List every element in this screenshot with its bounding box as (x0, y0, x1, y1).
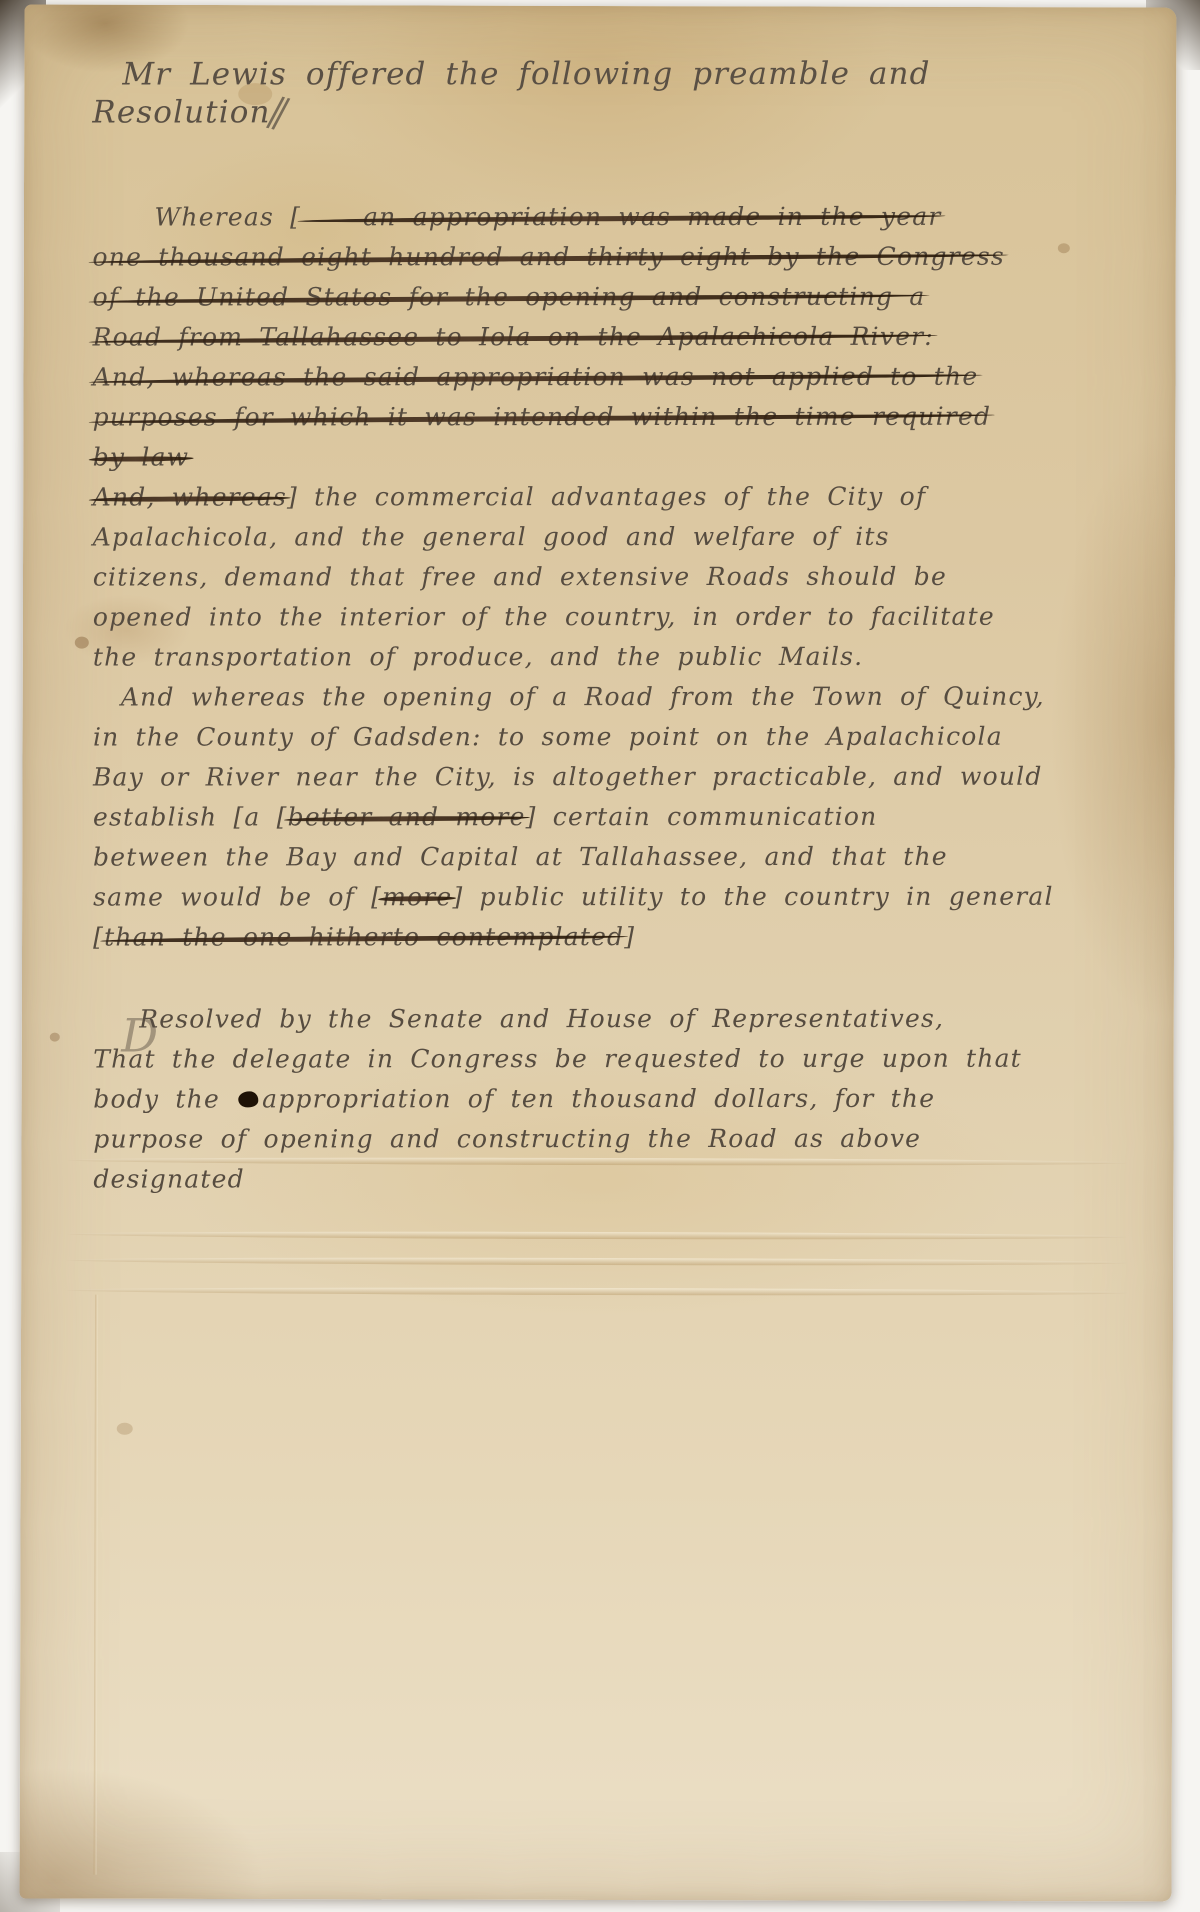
text-line: [than the one hitherto contemplated] (93, 917, 1163, 958)
text-line: Road from Tallahassee to Iola on the Apa… (93, 317, 1163, 358)
handwritten-text: ] the commercial advantages of the City … (287, 482, 926, 512)
handwritten-text: between the Bay and Capital at Tallahass… (93, 842, 948, 872)
text-line: by law (93, 437, 1163, 478)
manuscript-text: Mr Lewis offered the following preamble … (92, 56, 1163, 1200)
handwritten-text: Resolved by the Senate and House of Repr… (139, 1004, 944, 1034)
fold-crease (67, 1257, 1127, 1267)
text-line: That the delegate in Congress be request… (93, 1039, 1163, 1080)
vertical-crease (94, 1295, 99, 1875)
text-line: Whereas [an appropriation was made in th… (92, 197, 1162, 238)
text-line: establish [a [better and more] certain c… (93, 797, 1163, 838)
struck-text: Road from Tallahassee to Iola on the Apa… (93, 317, 934, 358)
struck-text: of the United States for the opening and… (93, 277, 926, 318)
handwritten-text: Bay or River near the City, is altogethe… (93, 762, 1043, 792)
stain-spot (117, 1423, 133, 1435)
text-line: Mr Lewis offered the following preamble … (92, 56, 1162, 94)
paragraph: Resolved by the Senate and House of Repr… (93, 999, 1163, 1200)
handwritten-text: establish [a [ (93, 802, 288, 831)
text-line: And, whereas the said appropriation was … (93, 357, 1163, 398)
text-line: citizens, demand that free and extensive… (93, 557, 1163, 598)
struck-text: an appropriation was made in the year (301, 197, 941, 238)
struck-text: than the one hitherto contemplated (104, 917, 624, 957)
handwritten-text: designated (93, 1164, 245, 1193)
manuscript-paper: Mr Lewis offered the following preamble … (20, 4, 1177, 1901)
ink-blot (238, 1091, 258, 1107)
struck-text: better and more (288, 797, 526, 837)
handwritten-text: in the County of Gadsden: to some point … (93, 722, 1003, 752)
handwritten-text: appropriation of ten thousand dollars, f… (262, 1084, 935, 1114)
struck-text: purposes for which it was intended withi… (93, 397, 992, 438)
text-line: Resolution ‖ (92, 93, 1162, 132)
text-line: Bay or River near the City, is altogethe… (93, 757, 1163, 798)
struck-text: And, whereas (93, 477, 287, 517)
handwritten-text: That the delegate in Congress be request… (93, 1044, 1022, 1074)
struck-text: And, whereas the said appropriation was … (93, 357, 979, 398)
handwritten-text: [ (93, 923, 104, 952)
handwritten-text: Whereas [ (154, 202, 301, 231)
fold-crease (67, 1287, 1127, 1297)
struck-text: by law (93, 437, 190, 477)
text-line: the transportation of produce, and the p… (93, 637, 1163, 678)
handwritten-text: Mr Lewis offered the following preamble … (122, 56, 930, 93)
text-line: body the appropriation of ten thousand d… (93, 1079, 1163, 1120)
text-line: Apalachicola, and the general good and w… (93, 517, 1163, 558)
handwritten-text: ] certain communication (526, 802, 878, 831)
handwritten-text: same would be of [ (93, 882, 382, 911)
paragraph: And whereas the opening of a Road from t… (93, 677, 1163, 958)
text-line: between the Bay and Capital at Tallahass… (93, 837, 1163, 878)
handwritten-text: citizens, demand that free and extensive… (93, 562, 947, 592)
text-line: in the County of Gadsden: to some point … (93, 717, 1163, 758)
stain-spot (50, 1033, 60, 1042)
paragraph: Whereas [an appropriation was made in th… (92, 197, 1162, 678)
handwritten-text: Resolution (92, 94, 270, 130)
fold-crease (67, 1231, 1127, 1241)
handwritten-text: opened into the interior of the country,… (93, 602, 995, 632)
manuscript-body: Whereas [an appropriation was made in th… (92, 197, 1163, 1200)
handwritten-text: body the (93, 1084, 236, 1113)
text-line: purpose of opening and constructing the … (93, 1119, 1163, 1160)
stain-spot (75, 637, 89, 649)
handwritten-text: ] public utility to the country in gener… (452, 882, 1053, 912)
text-line: one thousand eight hundred and thirty ei… (93, 237, 1163, 278)
handwritten-text: Apalachicola, and the general good and w… (93, 522, 890, 552)
struck-text: one thousand eight hundred and thirty ei… (93, 237, 1005, 278)
pen-flourish: D (121, 1008, 158, 1062)
document-heading: Mr Lewis offered the following preamble … (92, 56, 1162, 132)
handwritten-text: the transportation of produce, and the p… (93, 642, 863, 672)
handwritten-text: purpose of opening and constructing the … (93, 1124, 921, 1154)
text-line: Resolved by the Senate and House of Repr… (93, 999, 1163, 1040)
handwritten-text: And whereas the opening of a Road from t… (121, 682, 1045, 712)
text-line: of the United States for the opening and… (93, 277, 1163, 318)
text-line: And, whereas] the commercial advantages … (93, 477, 1163, 518)
text-line: And whereas the opening of a Road from t… (93, 677, 1163, 718)
text-line: designated (93, 1159, 1163, 1200)
text-line: opened into the interior of the country,… (93, 597, 1163, 638)
struck-text: more (382, 877, 452, 917)
text-line: purposes for which it was intended withi… (93, 397, 1163, 438)
text-line: same would be of [more] public utility t… (93, 877, 1163, 918)
